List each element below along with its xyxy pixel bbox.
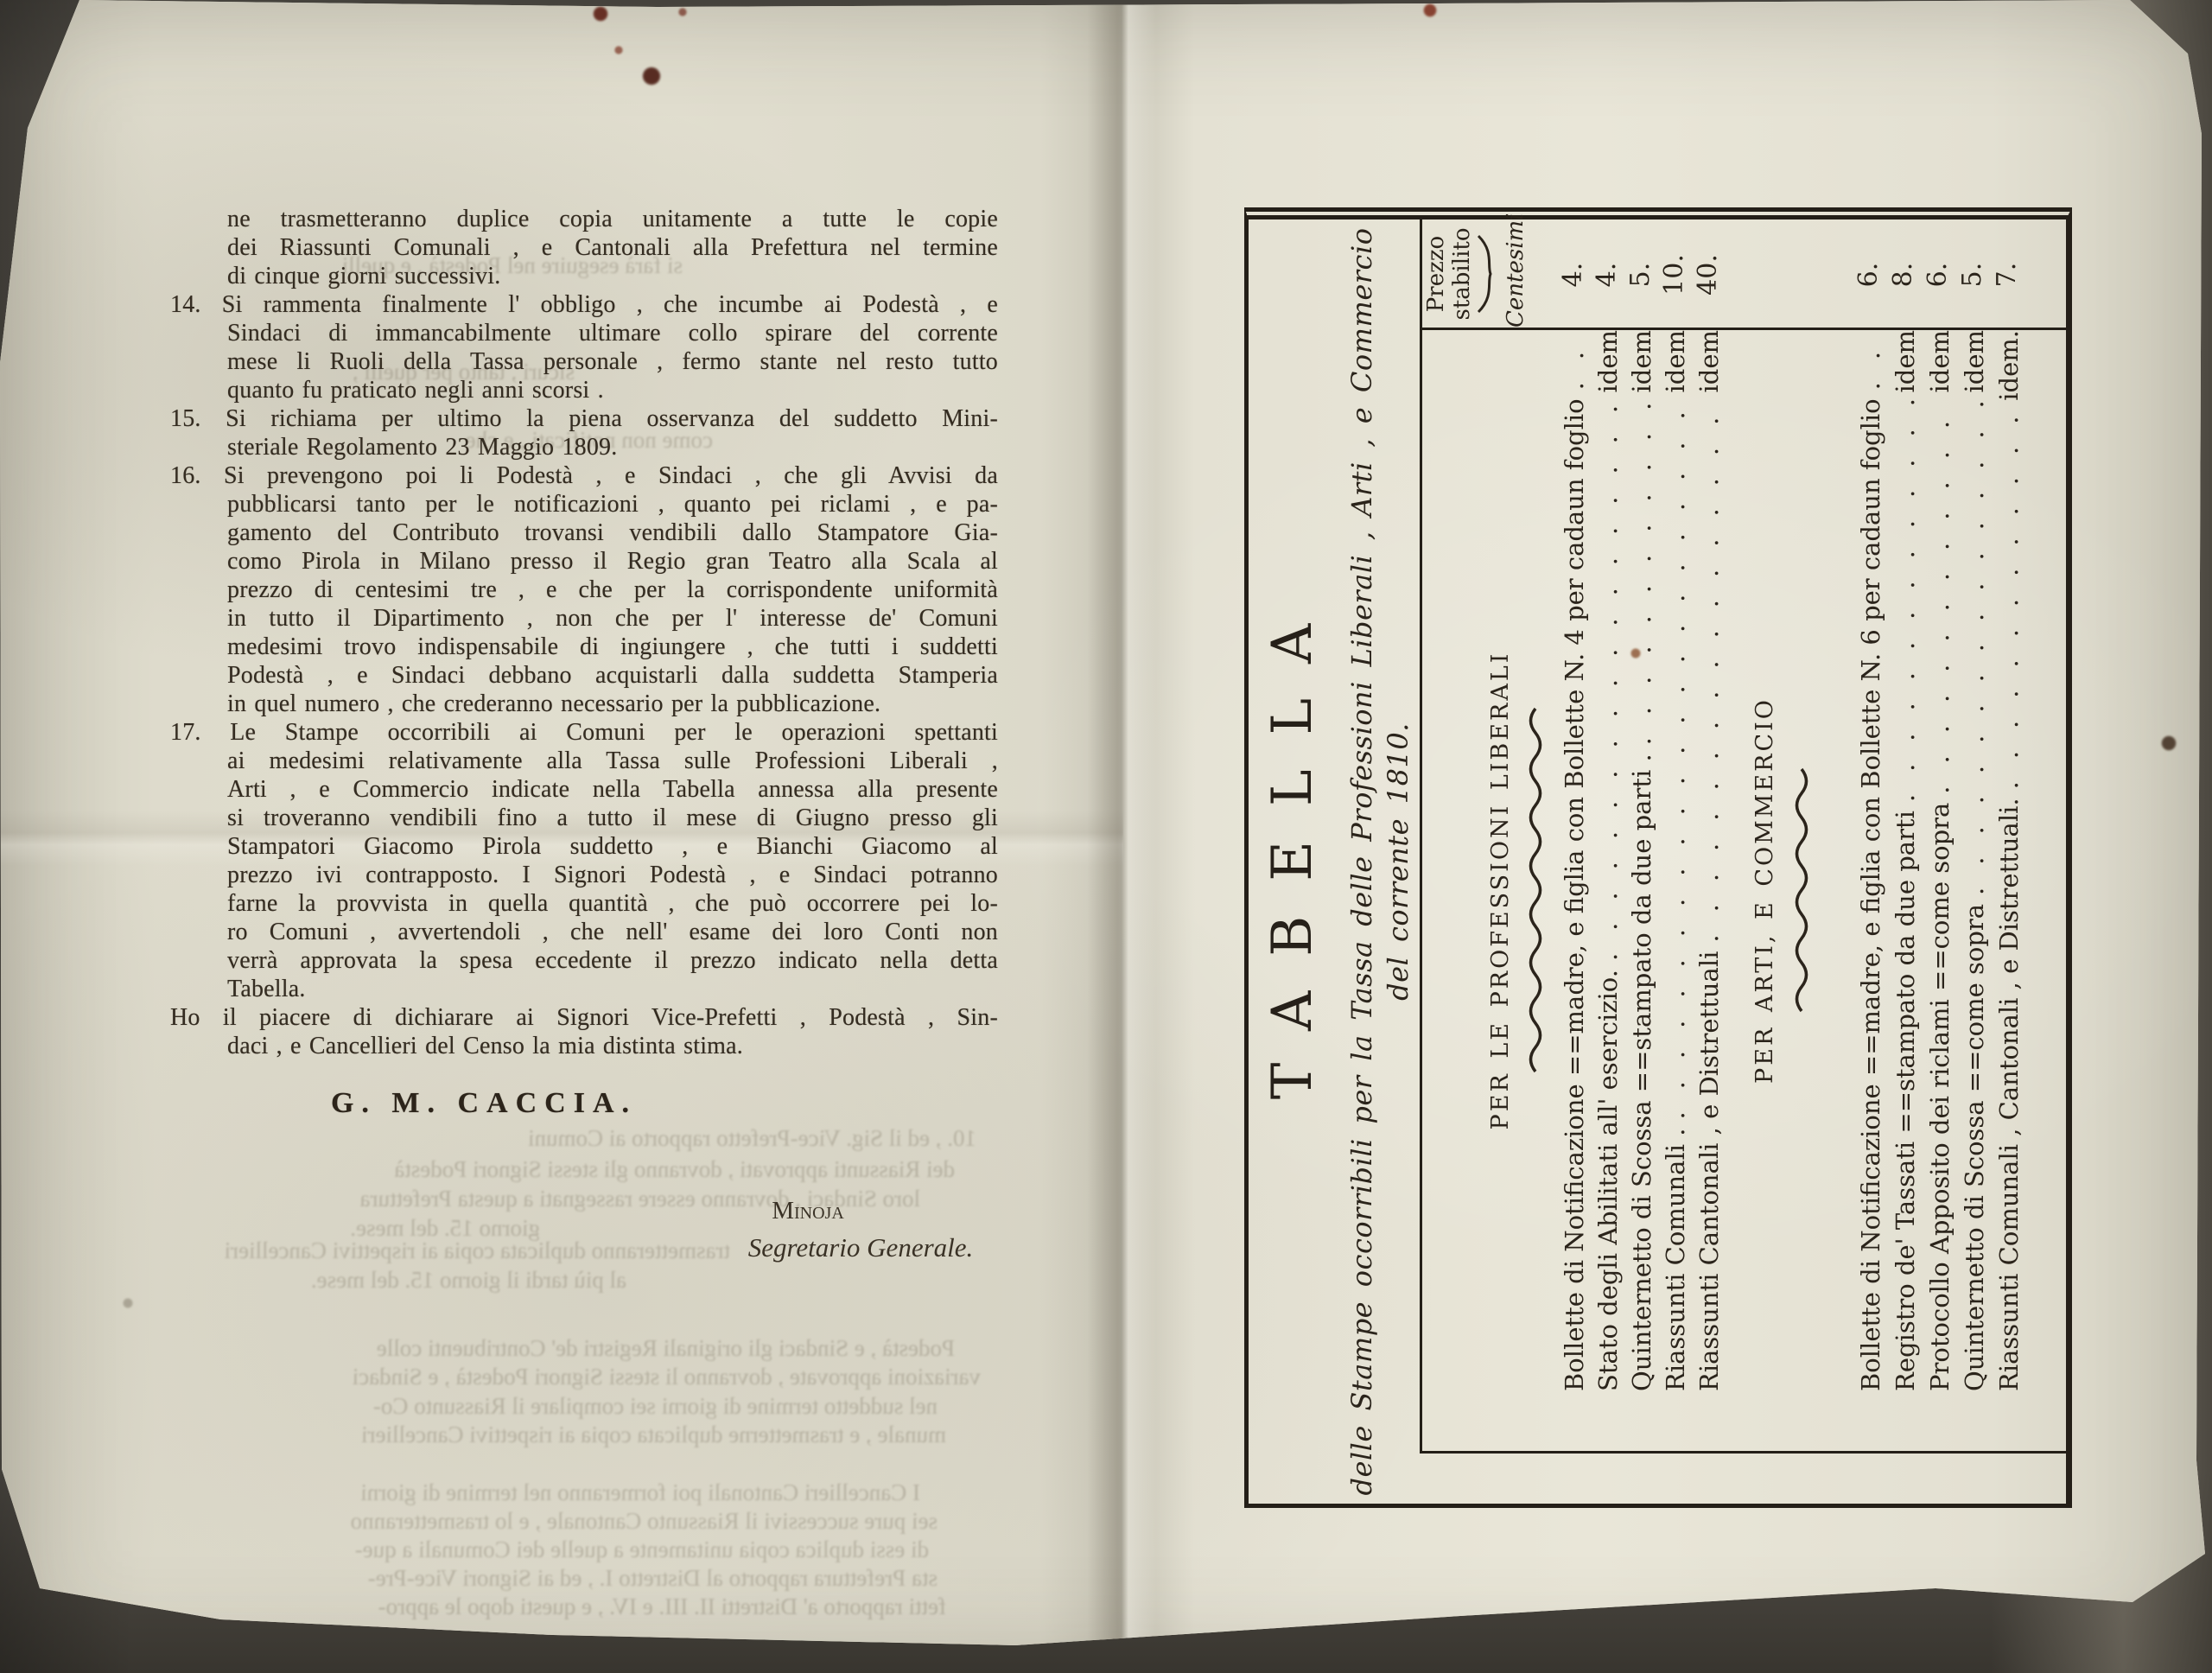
row-price: 40. <box>1691 221 1725 328</box>
row-label: Riassunti Cantonali , e Distrettuali <box>1693 951 1726 1391</box>
table-title: TABELLA <box>1261 219 1325 1504</box>
row-price: 4. <box>1556 221 1590 328</box>
document-text-line: Arti , e Commercio indicate nella Tabell… <box>170 775 998 804</box>
bleed-through-line: variazioni approvate , dovranno li stess… <box>177 1364 981 1390</box>
document-text-line: farne la provvista in quella quantità , … <box>170 889 998 918</box>
foxing-spot <box>1630 648 1641 658</box>
row-label: Quinternetto di Scossa ==come sopra <box>1957 904 1992 1391</box>
price-column-header: Prezzo stabilito Centesimi <box>1423 220 1529 328</box>
document-text-line: dei Riassunti Comunali , e Cantonali all… <box>170 233 998 262</box>
price-header-unit: Centesimi <box>1503 220 1529 328</box>
row-label: Bollette di Notificazione ==madre, e fig… <box>1853 398 1888 1391</box>
document-text-line: steriale Regolamento 23 Maggio 1809. <box>170 433 998 461</box>
foxing-spot <box>678 8 687 16</box>
document-text-line: 14. Si rammenta finalmente l' obbligo , … <box>170 290 998 319</box>
table-row: Quinternetto di Scossa ==come sopra.....… <box>1957 330 1992 1391</box>
document-text-line: quanto fu praticato negli anni scorsi . <box>170 376 998 404</box>
dotted-leader: ........................................… <box>1853 330 1888 398</box>
bleed-through-line: di essi duplica copia unitamente a quell… <box>177 1536 929 1562</box>
bleed-through-line: 10. , ed il Sig. Vice-Prefetto rapporto … <box>372 1125 976 1151</box>
table-rule-left <box>1420 1451 2066 1454</box>
row-label: Stato degli Abilitati all' esercizio. <box>1592 970 1625 1391</box>
dotted-leader: ........................................… <box>1923 398 1957 803</box>
table-row: Stato degli Abilitati all' esercizio....… <box>1592 330 1625 1391</box>
document-text-line: gamento del Contributo trovansi vendibil… <box>170 518 998 547</box>
row-idem: idem. <box>1992 330 2026 406</box>
document-text-line: pubblicarsi tanto per le notificazioni ,… <box>170 490 998 518</box>
bleed-through-line: nel suddetto termine di giorni sei compi… <box>177 1393 938 1419</box>
signer-title: Segretario Generale. <box>688 1232 1033 1263</box>
document-text-line: prezzo di centesimi tre , e che per la c… <box>170 576 998 604</box>
body-text: ne trasmetteranno duplice copia unitamen… <box>170 205 998 1060</box>
tabella-table: TABELLA delle Stampe occorribili per la … <box>1244 207 2072 1508</box>
document-text-line: ro Comuni , avvertendoli , che nell' esa… <box>170 918 998 946</box>
table-subtitle-line1: delle Stampe occorribili per la Tassa de… <box>1345 219 1378 1504</box>
row-idem: idem <box>1888 330 1923 398</box>
document-text-line: Ho il piacere di dichiarare ai Signori V… <box>170 1003 998 1032</box>
bleed-through-line: munale , e trasmetterne duplicata copia … <box>177 1422 946 1447</box>
document-text-line: Tabella. <box>170 975 998 1003</box>
bleed-through-line: al più tardi il giorno 15. del mese. <box>177 1267 626 1293</box>
squiggle-ornament <box>1523 330 1549 1451</box>
row-idem: idem <box>1693 330 1726 398</box>
bleed-through-line: dei Riassunti approvati , dovranno gli s… <box>177 1156 955 1182</box>
row-idem: idem <box>1625 330 1659 398</box>
document-text-line: 15. Si richiama per ultimo la piena osse… <box>170 404 998 433</box>
table-row: Protocollo Apposito dei riclami ==come s… <box>1923 330 1957 1391</box>
document-text-line: 17. Le Stampe occorribili ai Comuni per … <box>170 718 998 747</box>
document-text-line: Podestà , e Sindaci debbano acquistarli … <box>170 661 998 690</box>
table-row: Riassunti Comunali , Cantonali , e Distr… <box>1992 330 2026 1391</box>
row-idem: idem <box>1923 330 1957 398</box>
table-subtitle-line2: del corrente 1810. <box>1382 219 1414 1504</box>
signer-name: Minoja <box>730 1197 886 1225</box>
price-header-line2: stabilito <box>1449 220 1475 328</box>
signature-caccia: G. M. CACCIA. <box>225 1087 743 1120</box>
table-row: Quinternetto di Scossa ==stampato da due… <box>1625 330 1659 1391</box>
row-idem: idem <box>1659 330 1693 398</box>
document-text-line: como Pirola in Milano presso il Regio gr… <box>170 547 998 576</box>
foxing-spot <box>123 1298 133 1308</box>
bleed-through-line: sei pure successivi il Riassunto Cantona… <box>177 1508 938 1534</box>
foxing-spot <box>614 46 623 54</box>
squiggle-ornament <box>1789 330 1815 1451</box>
dotted-leader: ........................................… <box>1558 330 1592 398</box>
table-rule-under-title <box>1420 219 1422 1454</box>
row-price: 8. <box>1886 221 1920 328</box>
bleed-through-line: trasmetteranno duplicata copia ai rispet… <box>177 1237 730 1263</box>
row-price: 5. <box>1955 221 1989 328</box>
document-text-line: Stampatori Giacomo Pirola suddetto , e B… <box>170 832 998 861</box>
bleed-through-line: I Cancellieri Cantonali poi formeranno n… <box>177 1479 920 1505</box>
section-heading-arti: PER ARTI, E COMMERCIO <box>1751 330 1778 1451</box>
document-text-line: di cinque giorni successivi. <box>170 262 998 290</box>
document-text-line: prezzo ivi contrapposto. I Signori Podes… <box>170 861 998 889</box>
bleed-through-line: sta Prefettura rapporto al Distretto I. … <box>177 1565 938 1591</box>
foxing-spot <box>593 6 608 22</box>
foxing-spot <box>1423 3 1437 17</box>
table-row: Registro de' Tassati ==stampato da due p… <box>1888 330 1923 1391</box>
document-text-line: in tutto il Dipartimento , non che per l… <box>170 604 998 633</box>
foxing-spot <box>642 67 661 86</box>
dotted-leader: ........................................… <box>1693 398 1726 951</box>
row-price: 6. <box>1852 221 1885 328</box>
document-text-line: 16. Si prevengono poi li Podestà , e Sin… <box>170 461 998 490</box>
row-label: Bollette di Notificazione ==madre, e fig… <box>1558 398 1592 1391</box>
dotted-leader: ........................................… <box>1992 406 2026 798</box>
row-price: 10. <box>1657 221 1691 328</box>
document-text-line: Sindaci di immancabilmente ultimare coll… <box>170 319 998 347</box>
row-price: 5. <box>1624 221 1657 328</box>
right-page: TABELLA delle Stampe occorribili per la … <box>1244 207 2076 1511</box>
table-row: Bollette di Notificazione ==madre, e fig… <box>1853 330 1888 1391</box>
foxing-spot <box>2161 735 2177 751</box>
row-label: Riassunti Comunali , Cantonali , e Distr… <box>1992 798 2026 1391</box>
dotted-leader: ........................................… <box>1659 398 1693 1129</box>
dotted-leader: ........................................… <box>1625 398 1659 754</box>
table-row: Bollette di Notificazione ==madre, e fig… <box>1558 330 1592 1391</box>
row-label: Riassunti Comunali . <box>1659 1129 1693 1391</box>
left-page: si farà eseguire nel Podestà , e quellis… <box>0 0 1106 1673</box>
document-text-line: ne trasmetteranno duplice copia unitamen… <box>170 205 998 233</box>
document-text-line: daci , e Cancellieri del Censo la mia di… <box>170 1032 998 1060</box>
row-price: 6. <box>1921 221 1955 328</box>
bleed-through-line: Podestà , e Sindaci gli originali Regist… <box>177 1335 955 1361</box>
document-text-line: in quel numero , che crederanno necessar… <box>170 690 998 718</box>
row-label: Registro de' Tassati ==stampato da due p… <box>1888 811 1923 1391</box>
brace-ornament <box>1475 220 1501 328</box>
rows-professioni: Bollette di Notificazione ==madre, e fig… <box>1558 330 1726 1391</box>
row-idem: idem <box>1592 330 1625 398</box>
document-text-line: medesimi trovo indispensabile di ingiung… <box>170 633 998 661</box>
row-label: Protocollo Apposito dei riclami ==come s… <box>1923 803 1957 1391</box>
dotted-leader: ........................................… <box>1888 398 1923 811</box>
dotted-leader: ........................................… <box>1592 398 1625 970</box>
rows-arti: Bollette di Notificazione ==madre, e fig… <box>1853 330 2026 1391</box>
table-row: Riassunti Cantonali , e Distrettuali....… <box>1693 330 1726 1391</box>
section-heading-professioni: PER LE PROFESSIONI LIBERALI <box>1487 330 1514 1451</box>
document-paper: si farà eseguire nel Podestà , e quellis… <box>0 0 2212 1673</box>
document-text-line: verrà approvata la spesa eccedente il pr… <box>170 946 998 975</box>
price-header-line1: Prezzo <box>1423 220 1449 328</box>
row-price: 7. <box>1990 221 2024 328</box>
document-text-line: si troveranno vendibili fino a tutto il … <box>170 804 998 832</box>
bleed-through-line: fetti rapporto a' Distretti II. III. e I… <box>177 1593 946 1619</box>
table-row: Riassunti Comunali .....................… <box>1659 330 1693 1391</box>
document-text-line: mese li Ruoli della Tassa personale , fe… <box>170 347 998 376</box>
document-text-line: ai medesimi relativamente alla Tassa sul… <box>170 747 998 775</box>
dotted-leader: ........................................… <box>1957 398 1992 904</box>
row-price: 4. <box>1590 221 1624 328</box>
row-label: Quinternetto di Scossa ==stampato da due… <box>1625 754 1659 1391</box>
row-idem: idem <box>1957 330 1992 398</box>
